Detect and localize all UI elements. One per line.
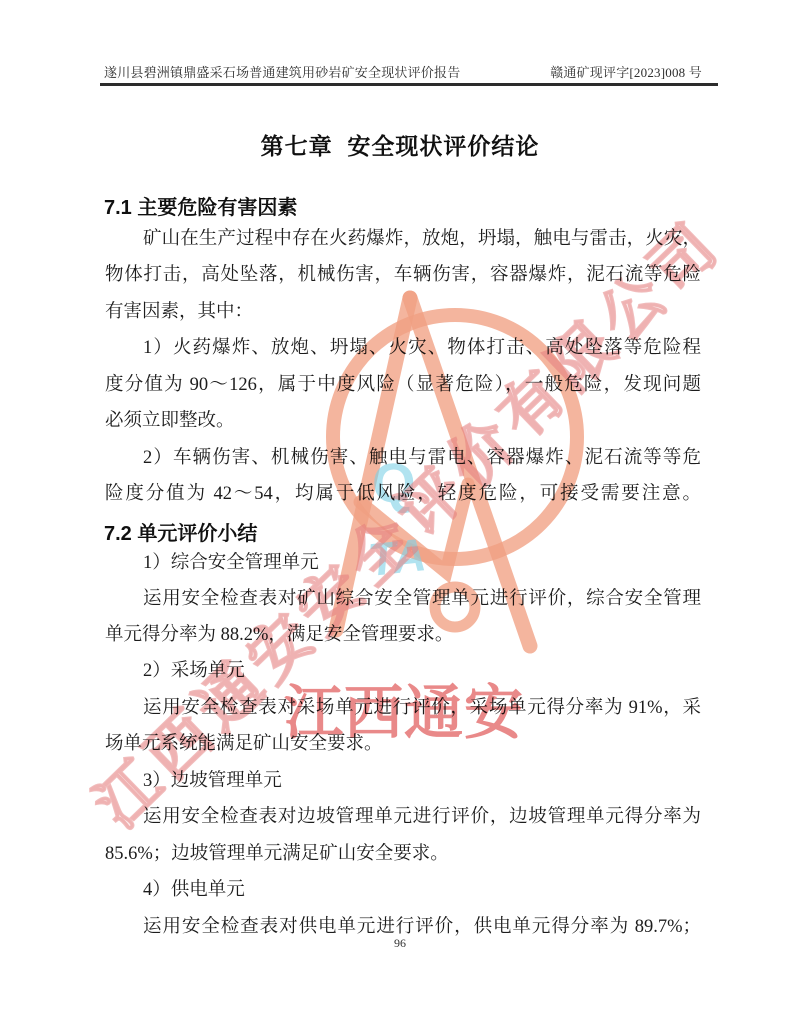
- body-line: 2）采场单元: [105, 659, 701, 683]
- body-line: 1）火药爆炸、放炮、坍塌、火灾、物体打击、高处坠落等危险程: [105, 336, 701, 360]
- body-line: 必须立即整改。: [105, 409, 701, 433]
- body-line: 2）车辆伤害、机械伤害、触电与雷电、容器爆炸、泥石流等等危: [105, 446, 701, 470]
- document-page: 遂川县碧洲镇鼎盛采石场普通建筑用砂岩矿安全现状评价报告 赣通矿现评字[2023]…: [0, 0, 800, 1035]
- body-line: 场单元系统能满足矿山安全要求。: [105, 732, 701, 756]
- section-heading-7-1: 7.1 主要危险有害因素: [104, 191, 297, 220]
- body-line: 3）边坡管理单元: [105, 769, 701, 793]
- body-line: 1）综合安全管理单元: [105, 551, 701, 575]
- chapter-title: 第七章 安全现状评价结论: [0, 128, 800, 161]
- body-line: 物体打击，高处坠落，机械伤害，车辆伤害，容器爆炸，泥石流等危险: [105, 263, 701, 287]
- page-number: 96: [0, 936, 800, 951]
- header-separator-rule: [100, 83, 718, 86]
- body-line: 险度分值为 42～54，均属于低风险，轻度危险，可接受需要注意。: [105, 482, 701, 506]
- body-line: 运用安全检查表对边坡管理单元进行评价，边坡管理单元得分率为: [105, 805, 701, 829]
- section-heading-7-2: 7.2 单元评价小结: [104, 517, 257, 546]
- header-document-number: 赣通矿现评字[2023]008 号: [550, 62, 702, 81]
- body-line: 运用安全检查表对矿山综合安全管理单元进行评价，综合安全管理: [105, 587, 701, 611]
- body-line: 4）供电单元: [105, 878, 701, 902]
- body-line: 有害因素，其中：: [105, 300, 701, 324]
- body-line: 矿山在生产过程中存在火药爆炸，放炮，坍塌，触电与雷击，火灾，: [105, 227, 701, 251]
- body-line: 单元得分率为 88.2%，满足安全管理要求。: [105, 623, 701, 647]
- header-report-title: 遂川县碧洲镇鼎盛采石场普通建筑用砂岩矿安全现状评价报告: [104, 62, 460, 81]
- body-line: 度分值为 90～126，属于中度风险（显著危险），一般危险，发现问题: [105, 373, 701, 397]
- body-line: 85.6%；边坡管理单元满足矿山安全要求。: [105, 842, 701, 866]
- body-line: 运用安全检查表对采场单元进行评价，采场单元得分率为 91%，采: [105, 696, 701, 720]
